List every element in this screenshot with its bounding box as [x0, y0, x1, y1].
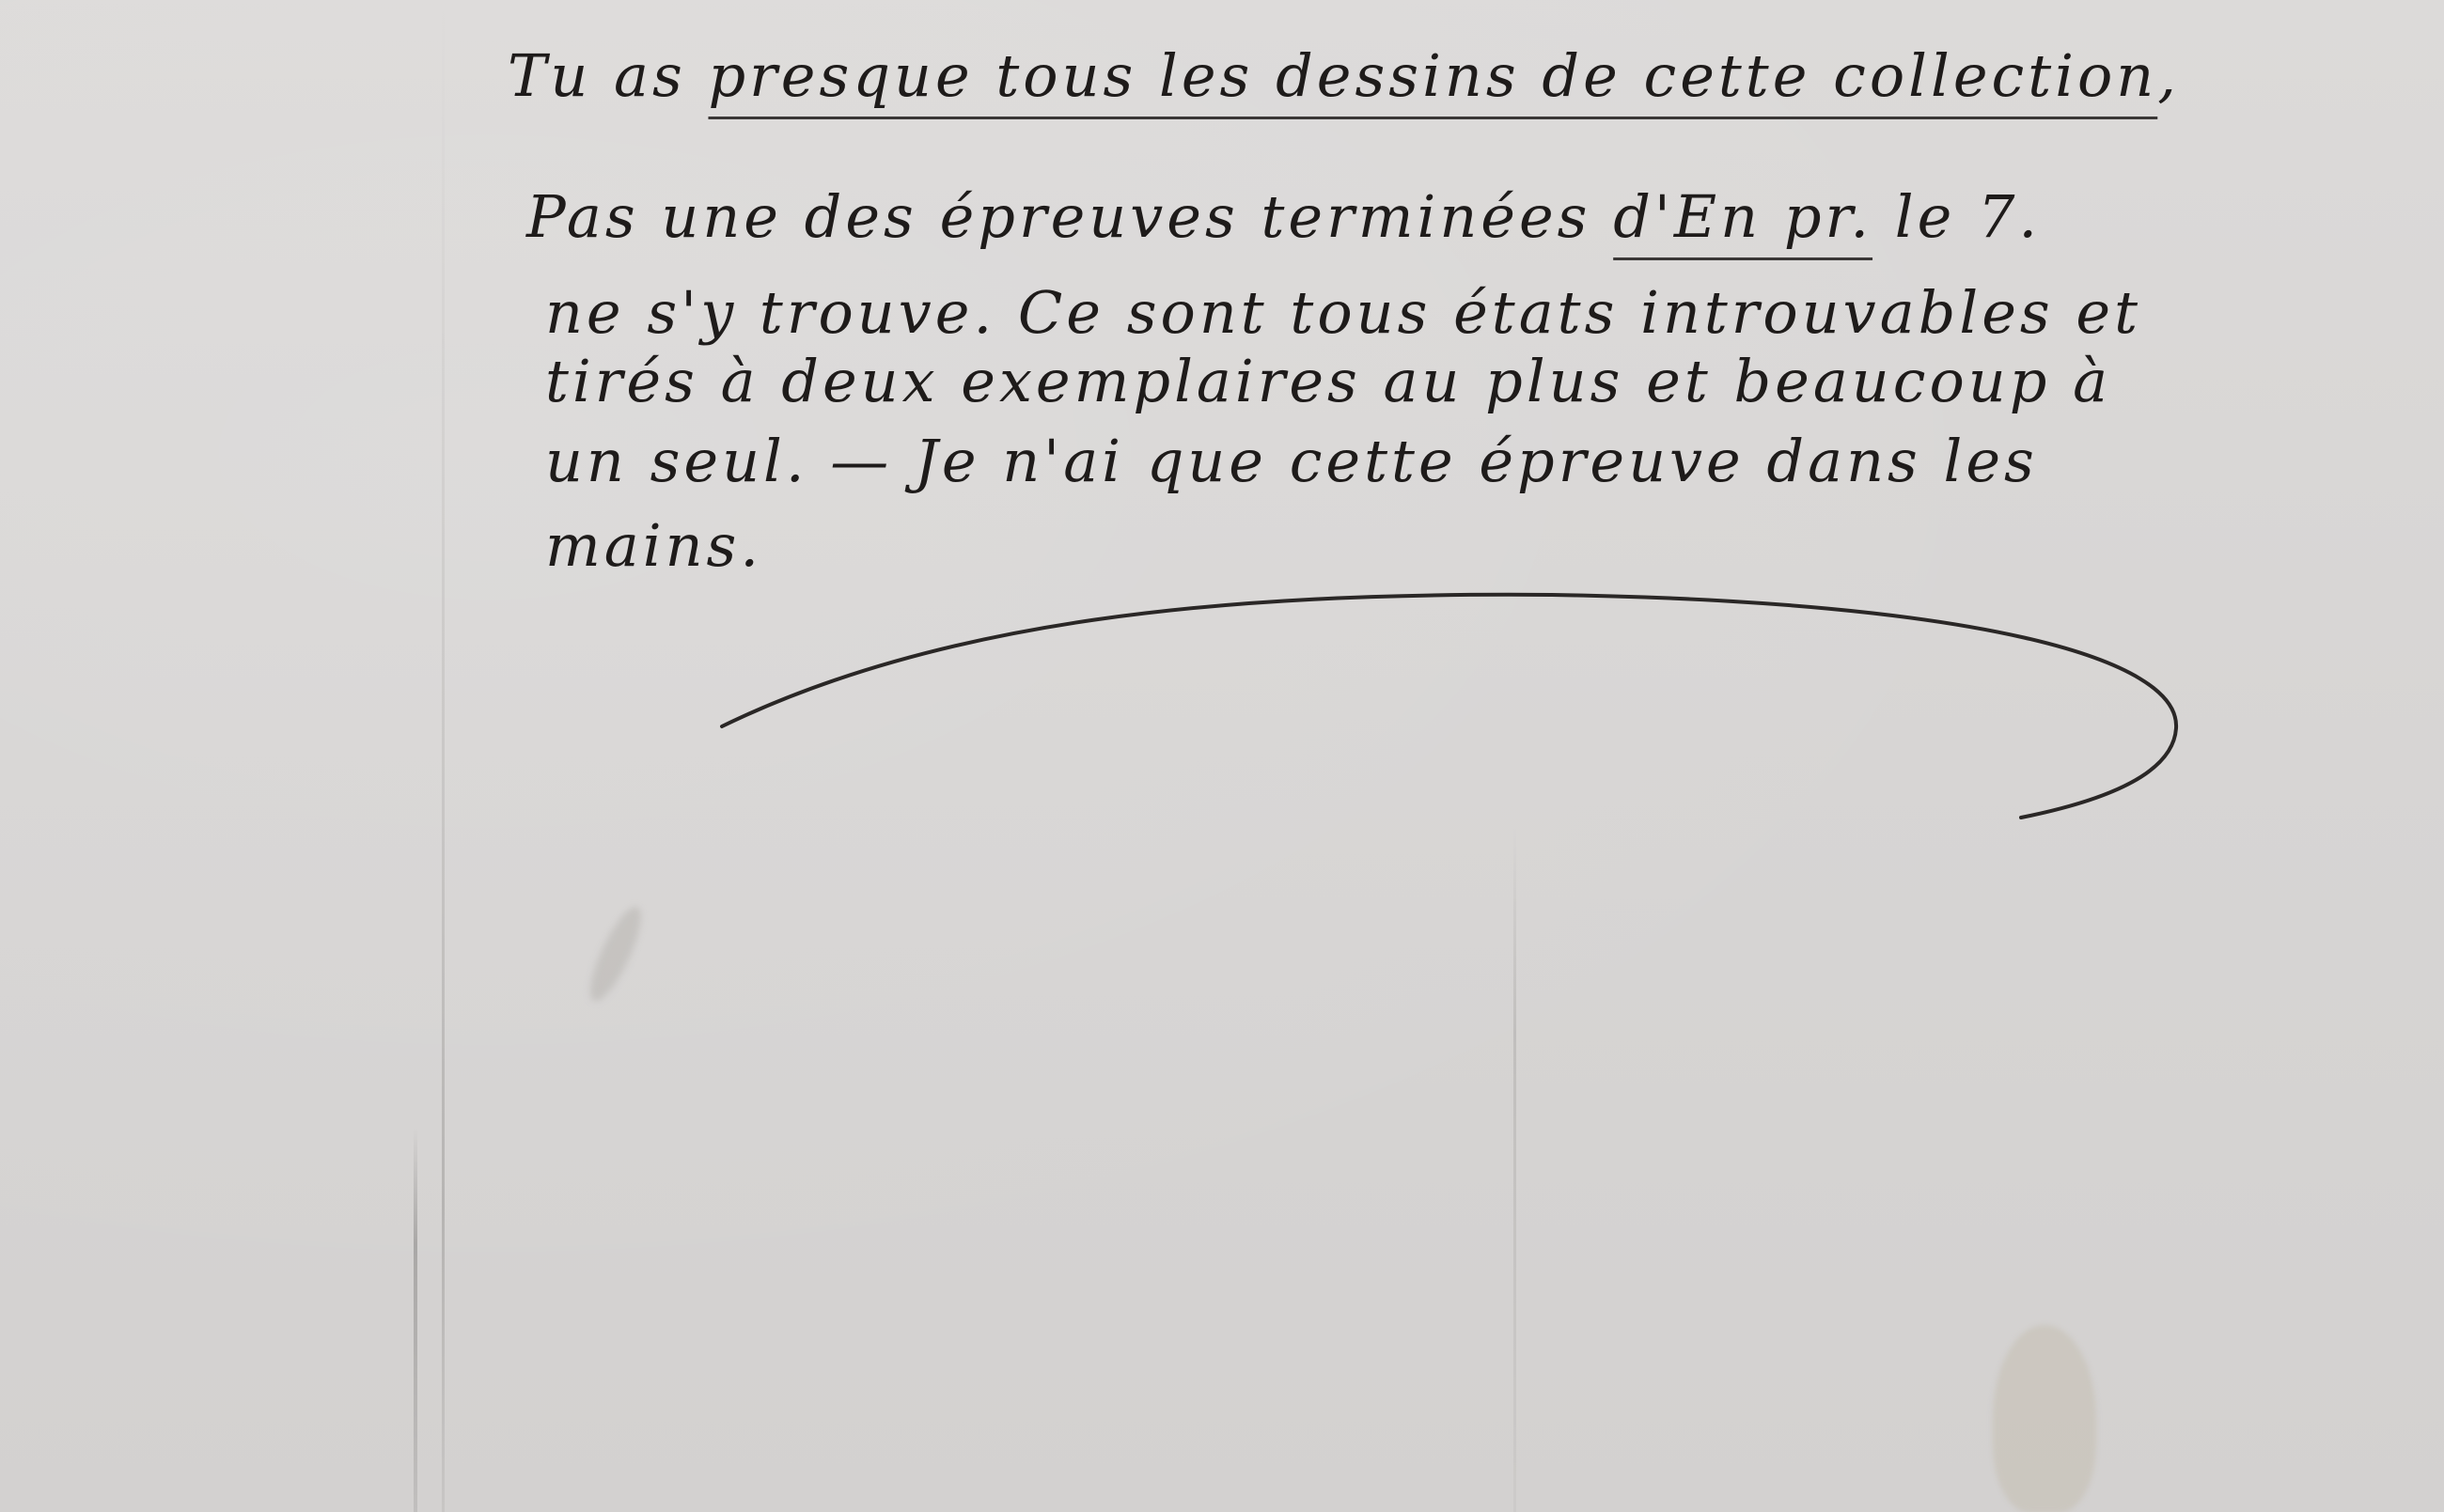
text-line-3: ne s'y trouve. Ce sont tous états introu… [545, 284, 2141, 342]
line-1-after: , [2157, 41, 2180, 110]
text-line-6: mains. [545, 517, 762, 575]
text-line-1: Tu as presque tous les dessins de cette … [508, 47, 2180, 105]
line-1-before: Tu as [508, 41, 708, 110]
fold-mark-left [414, 1128, 417, 1512]
text-line-4: tirés à deux exemplaires au plus et beau… [545, 352, 2111, 411]
line-2-underlined: d'En pr. [1613, 182, 1872, 251]
text-line-5: un seul. — Je n'ai que cette épreuve dan… [545, 432, 2038, 491]
fold-line-left [442, 0, 445, 1512]
letter-page: Tu as presque tous les dessins de cette … [0, 0, 2444, 1512]
ink-smudge [581, 901, 650, 1006]
line-1-underlined: presque tous les dessins de cette collec… [708, 41, 2157, 110]
text-line-2: Pas une des épreuves terminées d'En pr. … [526, 188, 2041, 246]
water-stain [1993, 1325, 2096, 1512]
line-2-after: le 7. [1872, 182, 2041, 251]
line-2-before: Pas une des épreuves terminées [526, 182, 1613, 251]
fold-line-center [1513, 827, 1516, 1512]
